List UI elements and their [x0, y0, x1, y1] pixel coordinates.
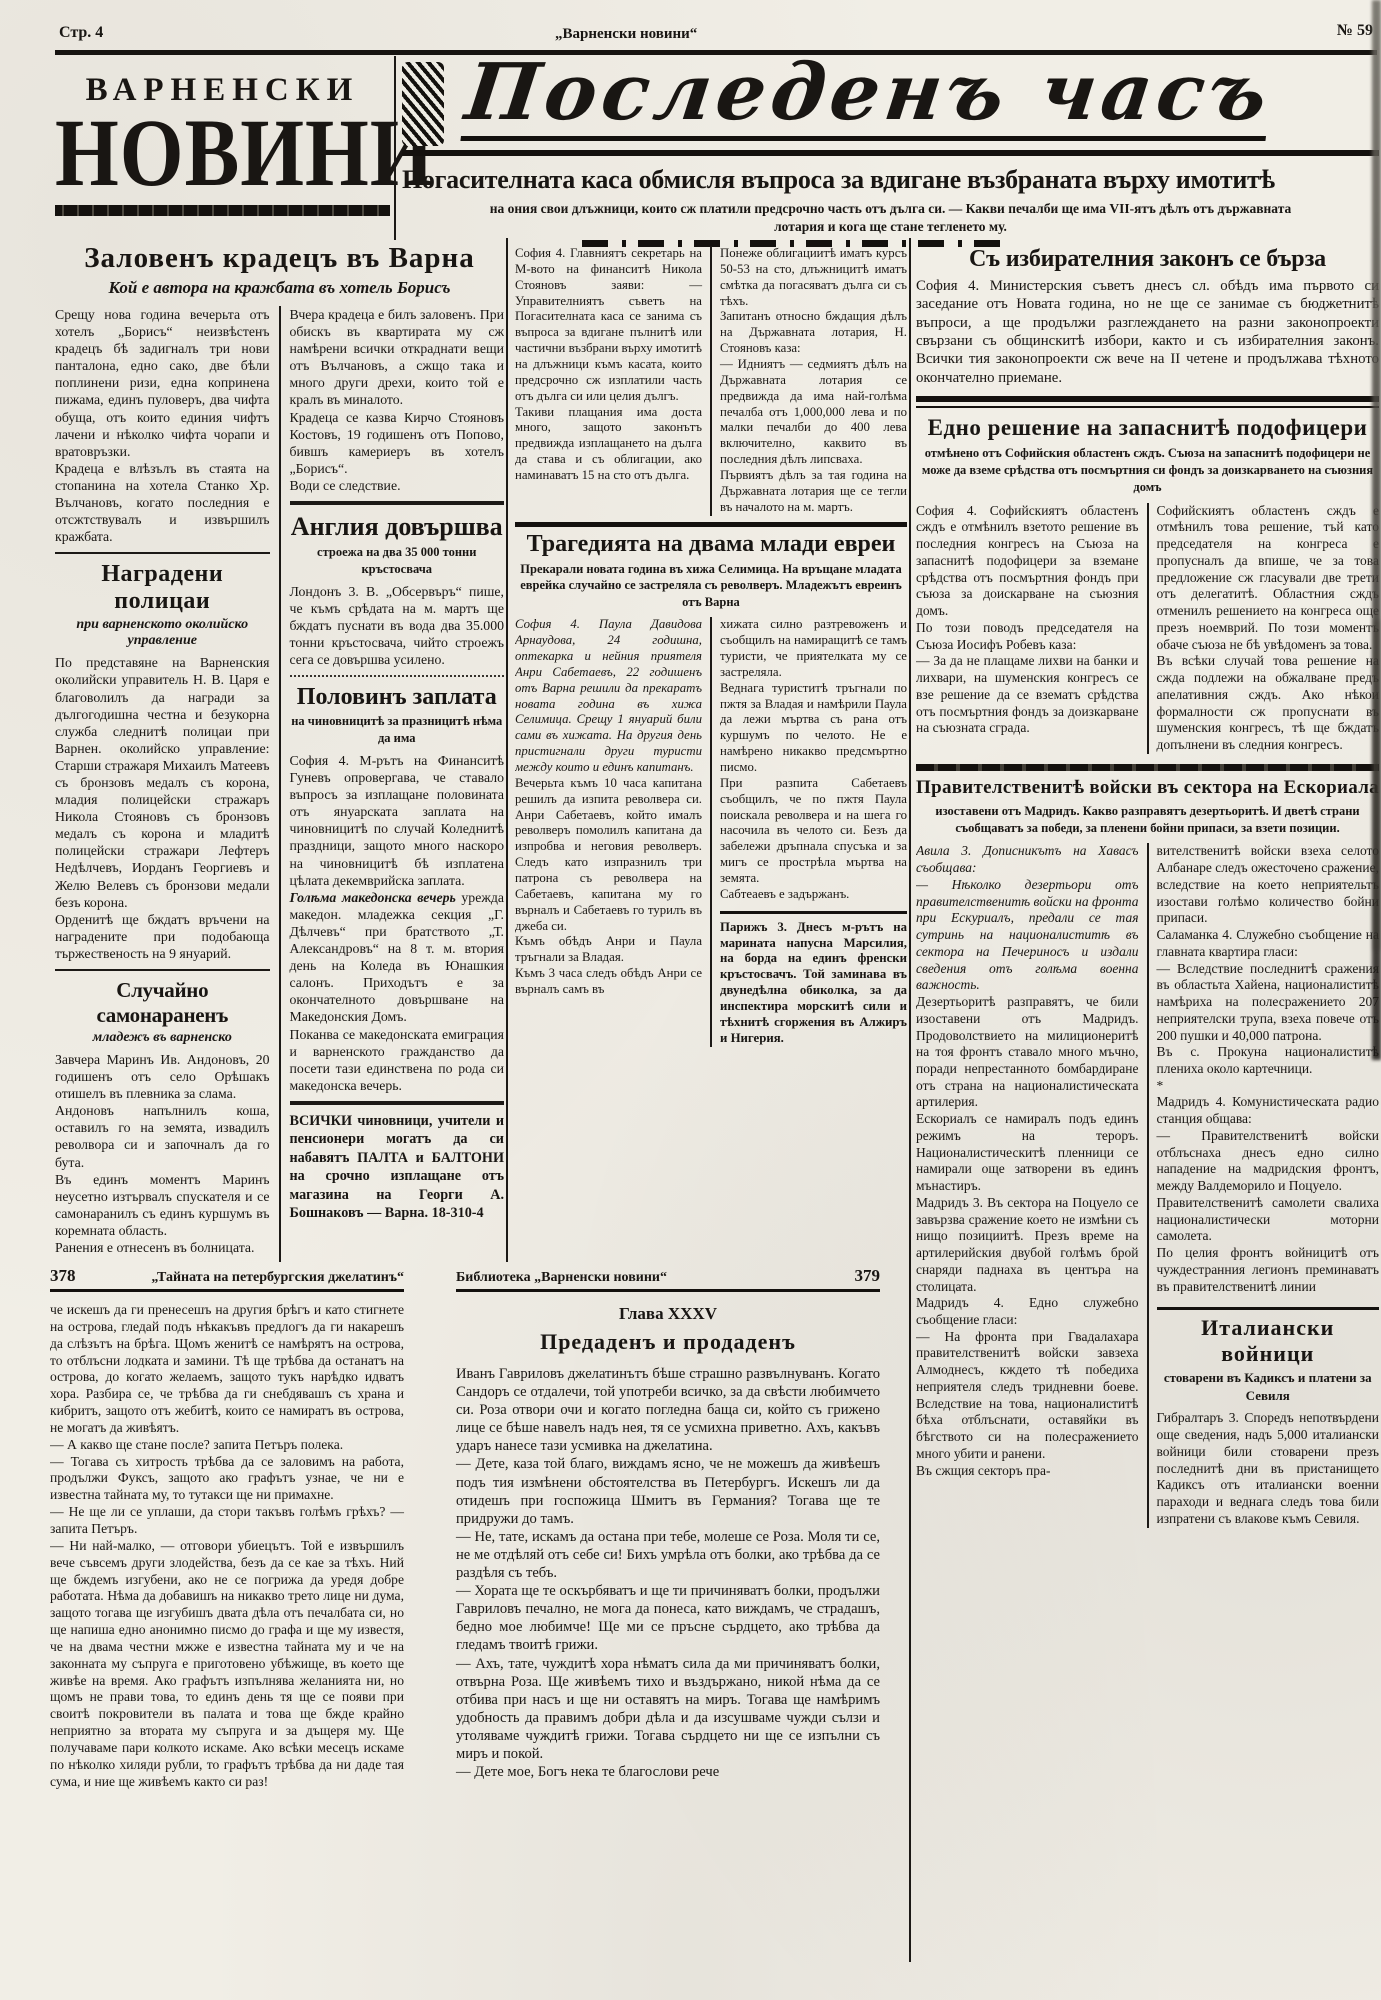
novel-title: „Тайната на петербургския джелатинъ“: [151, 1270, 404, 1286]
page-number-label: Стр. 4: [59, 24, 103, 42]
clothing-store-ad: ВСИЧКИ чиновници, учители и пенсионери м…: [290, 1112, 505, 1223]
issue-number: № 59: [1337, 22, 1373, 40]
article-italians-body: Гибралтаръ 3. Споредъ непотвърдени още с…: [1157, 1410, 1380, 1527]
article-accident-body: Завчера Маринъ Ив. Андоновъ, 20 годишенъ…: [55, 1051, 270, 1256]
section-rule: [290, 501, 505, 505]
article-macedonian-evening: Голѣма македонска вечерь урежда македон.…: [290, 889, 505, 1094]
novel-left-header: 378 „Тайната на петербургския джелатинъ“: [50, 1266, 404, 1292]
novel-right-page: Библиотека „Варненски новини“ 379 Глава …: [456, 1266, 880, 1781]
article-election-headline: Съ избирателния законъ се бърза: [916, 246, 1379, 273]
section-band-rule: [916, 764, 1379, 771]
article-italians-deck: стоварени въ Кадиксъ и платени за Севиля: [1157, 1369, 1380, 1404]
article-police-subhead: при варненското околийско управление: [55, 617, 270, 649]
article-macedonian-lead: Голѣма македонска вечерь: [290, 890, 456, 905]
article-tragedy-deck: Прекарали новата година въ хижа Селимица…: [515, 561, 907, 612]
header-rule: [55, 50, 1377, 55]
newspaper-page: Стр. 4 „Варненски новини“ № 59 ВАРНЕНСКИ…: [0, 0, 1381, 2000]
article-accident-headline: Случайно самонараненъ: [55, 978, 270, 1028]
divider-masthead: [394, 56, 396, 240]
novel-right-page-number: 379: [855, 1266, 881, 1286]
article-thief-col2: Вчера крадеца е билъ заловенъ. При обиск…: [290, 306, 505, 494]
banner-deck: на ония свои длъжници, които сж платили …: [402, 200, 1379, 236]
page-header: Стр. 4 „Варненски новини“ № 59: [55, 22, 1375, 48]
novel-chapter-number: Глава XXXV: [456, 1304, 880, 1324]
article-tragedy-col2: хижата силно разтревоженъ и съобщилъ на …: [720, 617, 907, 902]
left-column-block: Заловенъ крадецъ въ Варна Кой е автора н…: [55, 238, 504, 1262]
last-hour-banner: Последенъ часъ: [402, 56, 1379, 156]
article-accident-subhead: младежъ въ варненско: [55, 1030, 270, 1046]
article-england-subhead: строежа на два 35 000 тонни кръстосвача: [290, 544, 505, 578]
scan-smudge-artifact: [1374, 620, 1379, 950]
article-italians: Италиански войници стоварени въ Кадиксъ …: [1157, 1307, 1380, 1527]
masthead-rule: [55, 205, 390, 216]
article-england-body: Лондонъ 3. В. „Обсервъръ“ пише, че къмъ …: [290, 583, 505, 668]
serial-novel-section: 378 „Тайната на петербургския джелатинъ“…: [50, 1266, 910, 1996]
section-rule: [290, 1101, 505, 1105]
article-paris-navy: Парижъ 3. Днесъ м-рътъ на марината напус…: [720, 911, 907, 1047]
running-title: „Варненски новини“: [555, 26, 697, 43]
divider-left-middle: [506, 238, 508, 1262]
section-rule: [55, 969, 270, 971]
article-salary-body: София 4. М-рътъ на Финанситѣ Гуневъ опро…: [290, 752, 505, 889]
article-thief-headline: Заловенъ крадецъ въ Варна: [55, 242, 504, 275]
banner-headline: Погасителната каса обмисля въпроса за вд…: [402, 165, 1379, 195]
article-escorial-col1-rest: Дезертьоритѣ разправятъ, че били изостав…: [916, 994, 1139, 1479]
article-kasa-col1: София 4. Главниятъ секретарь на М-вото н…: [515, 246, 712, 516]
middle-column-block: София 4. Главниятъ секретарь на М-вото н…: [515, 246, 907, 1262]
article-tragedy-col1-rest: Вечерьта къмъ 10 часа капитана решилъ да…: [515, 776, 702, 998]
double-rule: [916, 396, 1379, 408]
article-nco-headline: Едно решение на запаснитѣ подофицери: [916, 415, 1379, 441]
masthead: ВАРНЕНСКИ НОВИНИ: [55, 58, 390, 216]
article-escorial-deck: изоставени отъ Мадридъ. Какво разправятъ…: [916, 803, 1379, 837]
article-salary-subhead: на чиновницитѣ за празницитѣ нѣма да има: [290, 713, 505, 747]
novel-right-header: Библиотека „Варненски новини“ 379: [456, 1266, 880, 1292]
article-nco-col1: София 4. Софийскиятъ областенъ сждъ е от…: [916, 503, 1149, 754]
novel-right-body: Иванъ Гавриловъ джелатинътъ бѣше страшно…: [456, 1365, 880, 1781]
novel-left-page: 378 „Тайната на петербургския джелатинъ“…: [50, 1266, 404, 1790]
article-kasa-col2: Понеже облигациитѣ иматъ курсъ 50-53 на …: [712, 246, 907, 516]
article-tragedy: Трагедията на двама млади евреи Прекарал…: [515, 522, 907, 1047]
last-hour-logo: Последенъ часъ: [460, 56, 1276, 141]
novel-left-page-number: 378: [50, 1266, 76, 1286]
article-nco-col2: Софийскиятъ областенъ сждъ е отмѣнилъ то…: [1149, 503, 1380, 754]
article-macedonian-body: урежда македон. младежка секция „Г. Дѣлч…: [290, 890, 505, 1093]
article-police-headline: Наградени полицаи: [55, 561, 270, 615]
masthead-line2: НОВИНИ: [55, 106, 390, 201]
article-england-headline: Англия довършва: [290, 512, 505, 542]
article-election-body: София 4. Министерския съветъ днесъ сл. о…: [916, 277, 1379, 387]
section-rule: [55, 552, 270, 554]
article-thief-subhead: Кой е автора на кражбата въ хотель Борис…: [55, 278, 504, 298]
article-tragedy-col1-lead: София 4. Паула Давидова Арнаудова, 24 го…: [515, 617, 702, 776]
article-police-body: По представяне на Варненския околийски у…: [55, 654, 270, 962]
right-column-block: Съ избирателния законъ се бърза София 4.…: [916, 246, 1379, 1962]
article-escorial-headline: Правителственитѣ войски въ сектора на Ес…: [916, 777, 1379, 799]
article-salary-headline: Половинъ заплата: [290, 684, 505, 711]
article-italians-headline: Италиански войници: [1157, 1315, 1380, 1367]
last-hour-section: Последенъ часъ Погасителната каса обмисл…: [402, 56, 1379, 247]
novel-chapter-title: Предаденъ и продаденъ: [456, 1329, 880, 1355]
novel-library-label: Библиотека „Варненски новини“: [456, 1270, 667, 1286]
article-escorial-col1-lead: Авила 3. Дописникътъ на Хавасъ съобщава:…: [916, 843, 1139, 994]
novel-left-body: че искешъ да ги пренесешъ на другия брѣг…: [50, 1302, 404, 1790]
article-nco-deck: отмѣнено отъ Софийския областенъ сждъ. С…: [916, 445, 1379, 496]
article-tragedy-headline: Трагедията на двама млади евреи: [515, 531, 907, 558]
article-thief-col1: Срещу нова година вечерьта отъ хотелъ „Б…: [55, 306, 270, 545]
article-escorial-col2: вителственитѣ войски взеха селото Албана…: [1157, 843, 1380, 1295]
dotted-rule: [290, 675, 505, 677]
banner-ornament-icon: [402, 62, 444, 146]
